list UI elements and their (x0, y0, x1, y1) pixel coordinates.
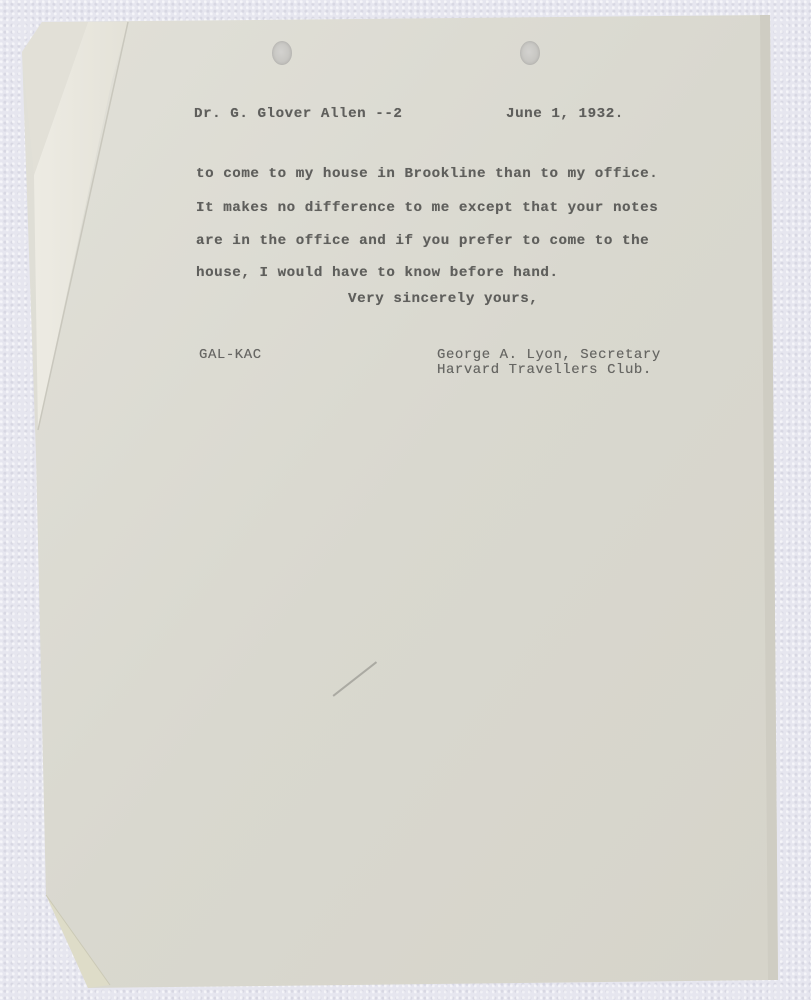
punch-hole-left (272, 41, 292, 65)
signature-organization: Harvard Travellers Club. (437, 362, 652, 378)
signature-name-title: George A. Lyon, Secretary (437, 347, 661, 363)
body-line-2: It makes no difference to me except that… (196, 200, 658, 216)
letter-header-recipient: Dr. G. Glover Allen --2 (194, 106, 402, 122)
letter-date: June 1, 1932. (506, 106, 624, 122)
paper-sheet (0, 0, 811, 1000)
letter-page: Dr. G. Glover Allen --2 June 1, 1932. to… (0, 0, 811, 1000)
reference-initials: GAL-KAC (199, 347, 262, 363)
body-line-3: are in the office and if you prefer to c… (196, 233, 649, 249)
body-line-4: house, I would have to know before hand. (196, 265, 559, 281)
closing: Very sincerely yours, (348, 291, 538, 307)
punch-hole-right (520, 41, 540, 65)
body-line-1: to come to my house in Brookline than to… (196, 166, 658, 182)
